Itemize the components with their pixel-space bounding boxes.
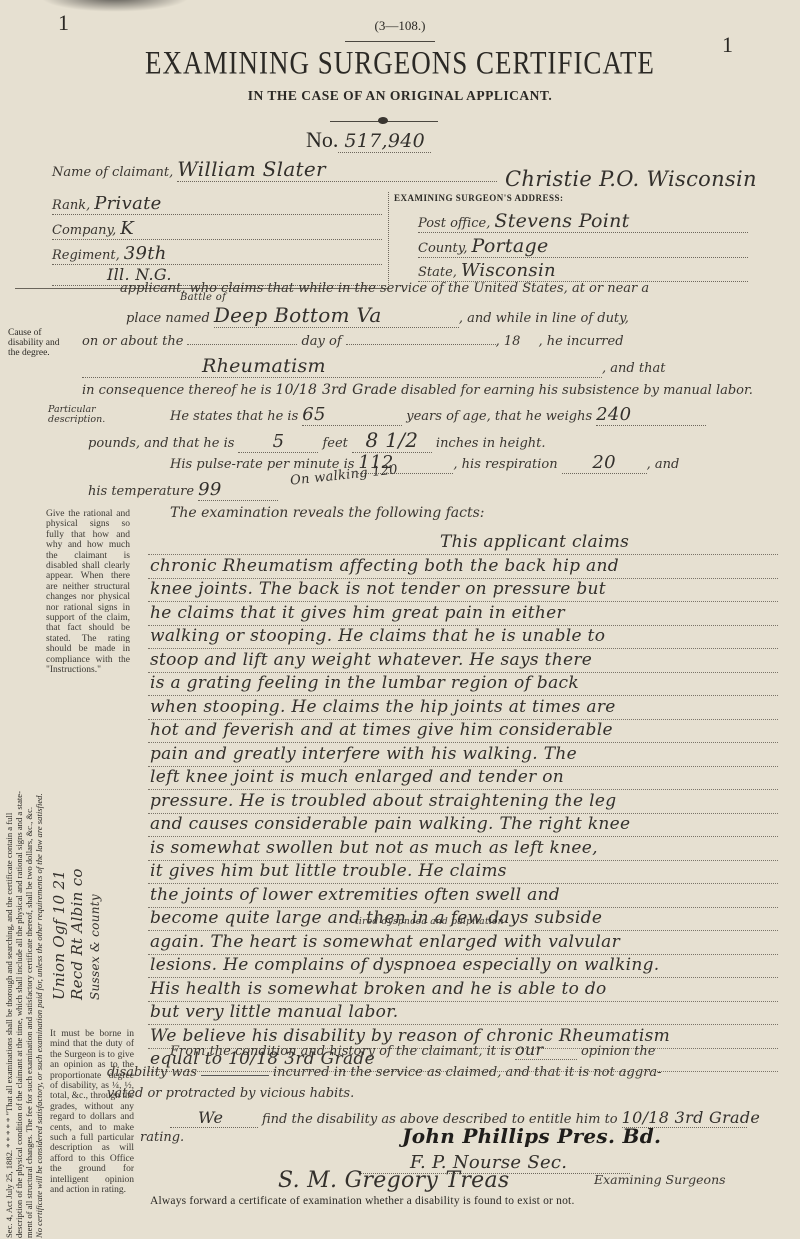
- handwritten-margin-line-2: Recd Rt Albin co: [68, 868, 86, 1000]
- claim-place-insert: Battle of: [180, 292, 226, 303]
- temperature-row: his temperature 99: [88, 479, 278, 501]
- respiration-suffix: , and: [647, 457, 680, 472]
- temperature-value: 99: [198, 479, 278, 501]
- address-box-divider: [388, 192, 389, 287]
- company-label: Company,: [52, 223, 116, 238]
- weight-value: 240: [596, 404, 706, 426]
- place-suffix: , and while in line of duty,: [459, 311, 629, 326]
- opinion-suffix: opinion the: [581, 1044, 655, 1059]
- temperature-label: his temperature: [88, 484, 194, 499]
- rank-label: Rank,: [52, 198, 90, 213]
- rank-value: Private: [94, 193, 161, 214]
- claim-line-5: in consequence thereof he is 10/18 3rd G…: [82, 381, 753, 399]
- examining-surgeons-label: Examining Surgeons: [594, 1172, 726, 1187]
- statute-line-4: No certificate will be considered satisf…: [34, 791, 44, 1238]
- regiment-row: Regiment, 39th: [52, 243, 382, 265]
- county-row: County, Portage: [418, 235, 748, 258]
- certificate-number: No.517,940: [306, 127, 431, 153]
- height-row: pounds, and that he is 5 feet 8 1/2 inch…: [88, 428, 546, 453]
- opinion-line-3: vated or protracted by vicious habits.: [107, 1086, 354, 1101]
- post-office-row: Post office, Stevens Point: [418, 210, 748, 233]
- form-number-rule: [345, 41, 435, 42]
- and-that-label: , and that: [602, 361, 665, 376]
- footer-instruction: Always forward a certificate of examinat…: [150, 1195, 575, 1207]
- handwritten-margin-line-3: Sussex & county: [86, 868, 104, 1000]
- claim-line-4: Rheumatism, and that: [82, 355, 665, 378]
- county-value: Portage: [472, 235, 549, 257]
- statute-line-2: description of the physical condition of…: [14, 791, 24, 1238]
- year-label: , 18: [496, 334, 521, 349]
- handwritten-margin-line-1: Union Ogf 10 21: [50, 868, 68, 1000]
- form-number: (3—108.): [0, 18, 800, 34]
- state-label: State,: [418, 265, 457, 280]
- find-value: We: [170, 1108, 258, 1128]
- opinion-line-5: rating.: [140, 1130, 184, 1145]
- consequence-prefix: in consequence thereof he is: [82, 383, 271, 398]
- day-field: [187, 332, 297, 345]
- regiment-value: 39th: [124, 243, 167, 264]
- age-weight-row: He states that he is 65 years of age, th…: [170, 404, 706, 426]
- margin-note-must-be-borne: It must be borne in mind that the duty o…: [50, 1029, 134, 1196]
- inches-value: 8 1/2: [352, 428, 432, 453]
- incurred-blank: [201, 1075, 269, 1076]
- statute-line-1: Sec. 4, Act July 25, 1882. * * * * * "Th…: [4, 791, 14, 1238]
- height-label: pounds, and that he is: [88, 436, 234, 451]
- name-label: Name of claimant,: [52, 165, 173, 180]
- rating-value: 10/18 3rd Grade: [275, 382, 397, 398]
- opinion-line-1: From the condition and history of the cl…: [170, 1040, 655, 1060]
- claimant-name: William Slater: [177, 157, 497, 182]
- incurred-label: , he incurred: [538, 334, 623, 349]
- weight-label: years of age, that he weighs: [406, 409, 592, 424]
- ornament-diamond-icon: [378, 117, 388, 124]
- state-row: State, Wisconsin: [418, 260, 748, 282]
- certificate-subtitle: IN THE CASE OF AN ORIGINAL APPLICANT.: [0, 88, 800, 104]
- feet-value: 5: [238, 431, 318, 453]
- number-label: No.: [306, 127, 338, 152]
- opinion-prefix: From the condition and history of the cl…: [170, 1044, 511, 1059]
- day-of-label: day of: [301, 334, 341, 349]
- pulse-row: His pulse-rate per minute is 112, his re…: [170, 452, 679, 474]
- margin-note-particular: Particular description.: [48, 405, 108, 425]
- post-office-label: Post office,: [418, 216, 490, 231]
- respiration-label: , his respiration: [453, 457, 557, 472]
- claimant-name-row: Name of claimant, William Slater: [52, 157, 512, 182]
- incurred-prefix: disability was: [107, 1065, 197, 1080]
- margin-note-cause: Cause of disability and the degree.: [8, 328, 73, 358]
- rank-row: Rank, Private: [52, 193, 382, 215]
- feet-label: feet: [322, 436, 347, 451]
- place-value: Deep Bottom Va: [214, 303, 459, 328]
- age-value: 65: [302, 404, 402, 426]
- regiment-label: Regiment,: [52, 248, 120, 263]
- state-value: Wisconsin: [461, 260, 556, 281]
- statute-note: Sec. 4, Act July 25, 1882. * * * * * "Th…: [4, 791, 44, 1238]
- consequence-suffix: disabled for earning his subsistence by …: [401, 383, 753, 398]
- claim-line-3: on or about the day of , 18 , he incurre…: [82, 332, 624, 350]
- margin-note-rational-signs: Give the rational and physical signs so …: [46, 509, 130, 676]
- number-value: 517,940: [338, 130, 431, 153]
- statute-line-3: ment of all structural changes. The fee …: [24, 791, 34, 1238]
- examination-intro: The examination reveals the following fa…: [170, 505, 485, 521]
- incurred-suffix: incurred in the service as claimed, and …: [273, 1065, 662, 1080]
- county-label: County,: [418, 241, 468, 256]
- opinion-line-2: disability was incurred in the service a…: [107, 1063, 662, 1081]
- date-prefix: on or about the: [82, 334, 183, 349]
- month-field: [346, 332, 496, 345]
- certificate-title: EXAMINING SURGEONS CERTIFICATE: [0, 45, 800, 82]
- company-row: Company, K: [52, 218, 382, 240]
- age-label: He states that he is: [170, 409, 298, 424]
- claim-line-2: place named Deep Bottom Va, and while in…: [126, 303, 629, 328]
- interlinear-note: tired dyspnoea and palpitation: [355, 917, 504, 927]
- inches-label: inches in height.: [436, 436, 546, 451]
- signature-treasurer: S. M. Gregory Treas: [278, 1168, 509, 1193]
- opinion-value: our: [515, 1040, 577, 1060]
- post-office-value: Stevens Point: [494, 210, 629, 232]
- respiration-value: 20: [562, 452, 647, 474]
- signature-president: John Phillips Pres. Bd.: [402, 1124, 661, 1148]
- company-value: K: [120, 218, 134, 239]
- surgeon-address-heading: EXAMINING SURGEON'S ADDRESS:: [394, 193, 564, 203]
- claimant-address: Christie P.O. Wisconsin: [505, 167, 757, 191]
- place-label: place named: [126, 311, 210, 326]
- disability-value: Rheumatism: [82, 355, 602, 378]
- handwritten-margin-note: Union Ogf 10 21 Recd Rt Albin co Sussex …: [50, 868, 104, 1000]
